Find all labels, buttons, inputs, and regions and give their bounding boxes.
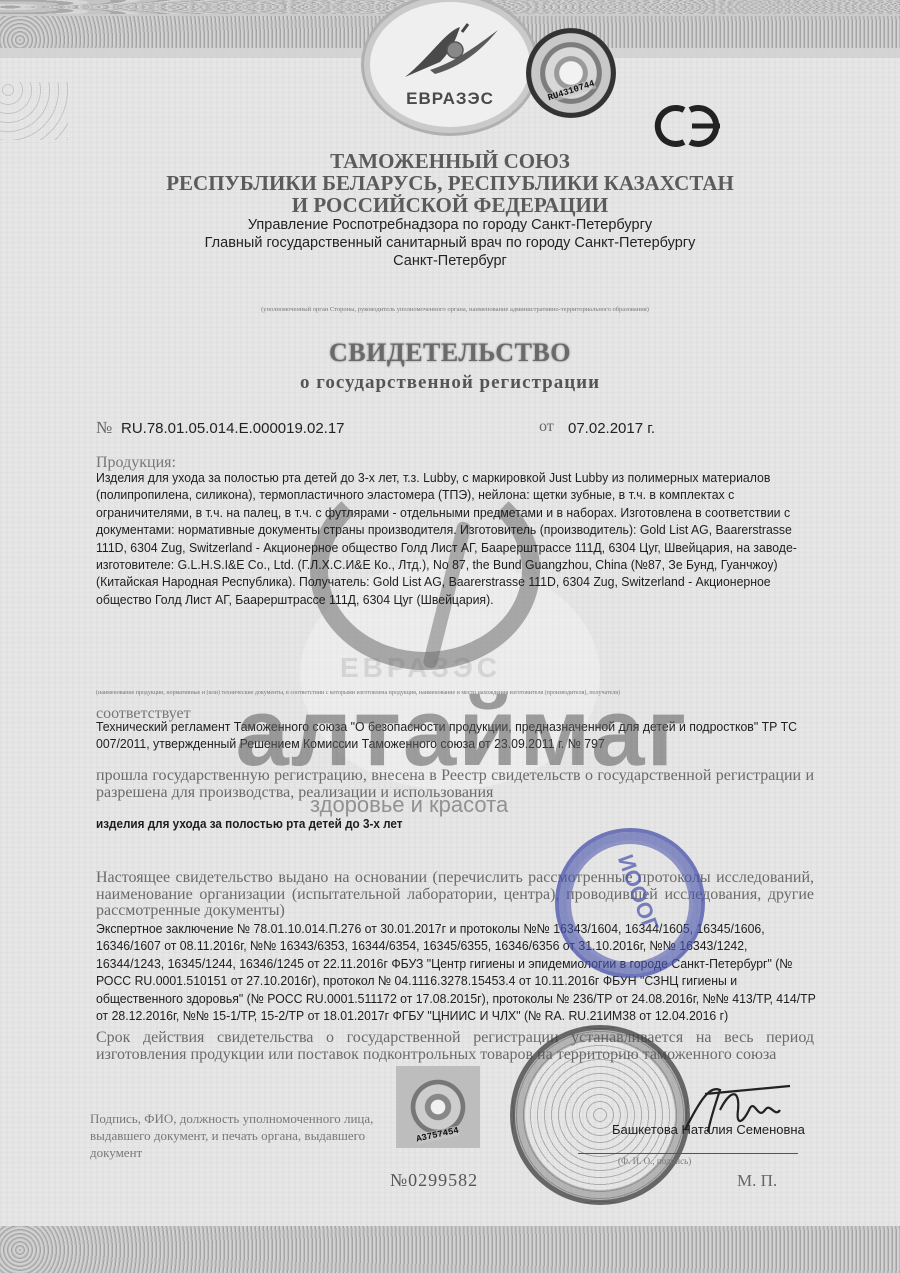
certificate-number-row: № RU.78.01.05.014.E.000019.02.17 от 07.0…	[96, 418, 816, 442]
signature-line	[578, 1153, 798, 1154]
hologram-code-top: RU4310744	[546, 79, 595, 104]
validity-statement: Срок действия свидетельства о государств…	[96, 1030, 814, 1063]
bottom-guilloche-band	[0, 1226, 900, 1273]
certificate-date: 07.02.2017 г.	[568, 420, 655, 437]
hologram-code-bottom: A3757454	[416, 1126, 460, 1145]
emblem-label: ЕВРАЗЭС	[406, 89, 494, 109]
certificate-number: RU.78.01.05.014.E.000019.02.17	[121, 420, 345, 437]
issuer-header: ТАМОЖЕННЫЙ СОЮЗ РЕСПУБЛИКИ БЕЛАРУСЬ, РЕС…	[0, 150, 900, 270]
corner-pattern	[0, 82, 68, 140]
signature-label: Подпись, ФИО, должность уполномоченного …	[90, 1110, 390, 1161]
basis-details: Экспертное заключение № 78.01.10.014.П.2…	[96, 920, 816, 1024]
certificate-title: СВИДЕТЕЛЬСТВО	[0, 338, 900, 368]
product-description: Изделия для ухода за полостью рта детей …	[96, 469, 816, 608]
registration-scope: изделия для ухода за полостью рта детей …	[96, 816, 816, 833]
union-line-2: РЕСПУБЛИКИ БЕЛАРУСЬ, РЕСПУБЛИКИ КАЗАХСТА…	[0, 172, 900, 194]
watermark-tagline: здоровье и красота	[310, 792, 508, 818]
watermark-brand: алтаймаг	[92, 683, 832, 783]
authority-line-2: Главный государственный санитарный врач …	[0, 234, 900, 252]
hologram-sticker-bottom: A3757454	[396, 1066, 480, 1148]
eurasec-emblem: ЕВРАЗЭС	[370, 2, 530, 127]
number-prefix: №	[96, 418, 112, 438]
signer-caption: (Ф. И. О., подпись)	[618, 1156, 691, 1166]
basis-statement: Настоящее свидетельство выдано на основа…	[96, 870, 814, 920]
union-line-1: ТАМОЖЕННЫЙ СОЮЗ	[0, 150, 900, 172]
hologram-sticker-top: RU4310744	[526, 28, 616, 118]
seal-place-label: М. П.	[737, 1171, 777, 1191]
union-line-3: И РОССИЙСКОЙ ФЕДЕРАЦИИ	[0, 194, 900, 216]
certificate-page: ЕВРАЗЭС RU4310744 ТАМОЖЕННЫЙ СОЮЗ РЕСПУБ…	[0, 0, 900, 1273]
certificate-subtitle: о государственной регистрации	[0, 372, 900, 394]
signer-name: Башкетова Наталия Семеновна	[612, 1122, 805, 1137]
eurasec-emblem-icon	[400, 22, 500, 82]
date-prefix: от	[539, 418, 554, 436]
official-round-seal	[510, 1025, 690, 1205]
authority-caption: (уполномоченный орган Стороны, руководит…	[150, 306, 760, 313]
blank-serial-number: №0299582	[390, 1170, 478, 1191]
authority-line-3: Санкт-Петербург	[0, 252, 900, 270]
se-conformity-mark-icon	[652, 102, 718, 148]
authority-line-1: Управление Роспотребнадзора по городу Са…	[0, 216, 900, 234]
